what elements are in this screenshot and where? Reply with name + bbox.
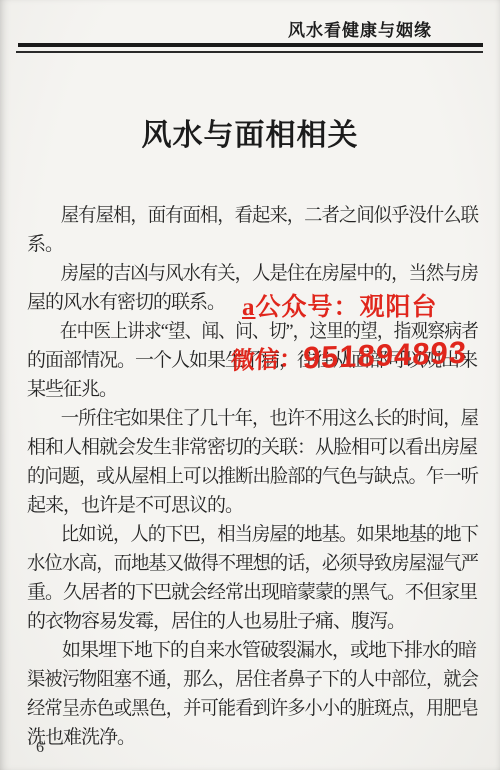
body-line: 房屋的吉凶与风水有关，人是住在房屋中的，当然与房 (27, 259, 463, 288)
body-line: 重。久居者的下巴就会经常出现暗蒙蒙的黑气。不但家里 (27, 578, 478, 607)
body-text: 屋有屋相，面有面相，看起来，二者之间似乎没什么联系。房屋的吉凶与风水有关，人是住… (27, 201, 478, 752)
body-line: 屋有屋相，面有面相，看起来，二者之间似乎没什么联 (27, 201, 463, 230)
body-line: 经常呈赤色或黑色，并可能看到许多小小的脏斑点，用肥皂 (27, 694, 462, 723)
header-rule-thick (18, 43, 483, 47)
body-line: 起来，也许是不可思议的。 (27, 491, 478, 520)
chapter-title: 风水与面相相关 (0, 110, 500, 154)
header-rule-thin (16, 51, 483, 53)
book-page: 风水看健康与姻缘 风水与面相相关 屋有屋相，面有面相，看起来，二者之间似乎没什么… (0, 0, 500, 770)
page-number: 6 (36, 739, 44, 757)
body-line: 水位水高，而地基又做得不理想的话，必须导致房屋湿气严 (27, 549, 462, 578)
watermark-wechat-number: 951894893 (302, 335, 467, 376)
body-line: 洗也难洗净。 (27, 723, 478, 752)
running-head: 风水看健康与姻缘 (288, 16, 432, 41)
watermark-account-text: 公众号：观阳台 (256, 293, 438, 321)
body-line: 的问题，或从屋相上可以推断出脸部的气色与缺点。乍一听 (27, 462, 462, 491)
body-line: 相和人相就会发生非常密切的关联：从脸相可以看出房屋 (27, 433, 478, 462)
body-line: 比如说，人的下巴，相当房屋的地基。如果地基的地下 (27, 520, 463, 549)
watermark-account-prefix: a (242, 294, 256, 321)
body-line: 渠被污物阻塞不通，那么，居住者鼻子下的人中部位，就会 (27, 665, 462, 694)
body-line: 如果埋下地下的自来水管破裂漏水，或地下排水的暗 (27, 636, 478, 665)
body-line: 的衣物容易发霉，居住的人也易肚子痛、腹泻。 (27, 607, 478, 636)
body-line: 系。 (27, 230, 478, 259)
watermark-wechat-label: 微信： (230, 345, 303, 375)
body-line: 一所住宅如果住了几十年，也许不用这么长的时间，屋 (27, 404, 463, 433)
body-line: 某些征兆。 (27, 375, 478, 404)
watermark-account: a公众号：观阳台 (242, 287, 438, 323)
